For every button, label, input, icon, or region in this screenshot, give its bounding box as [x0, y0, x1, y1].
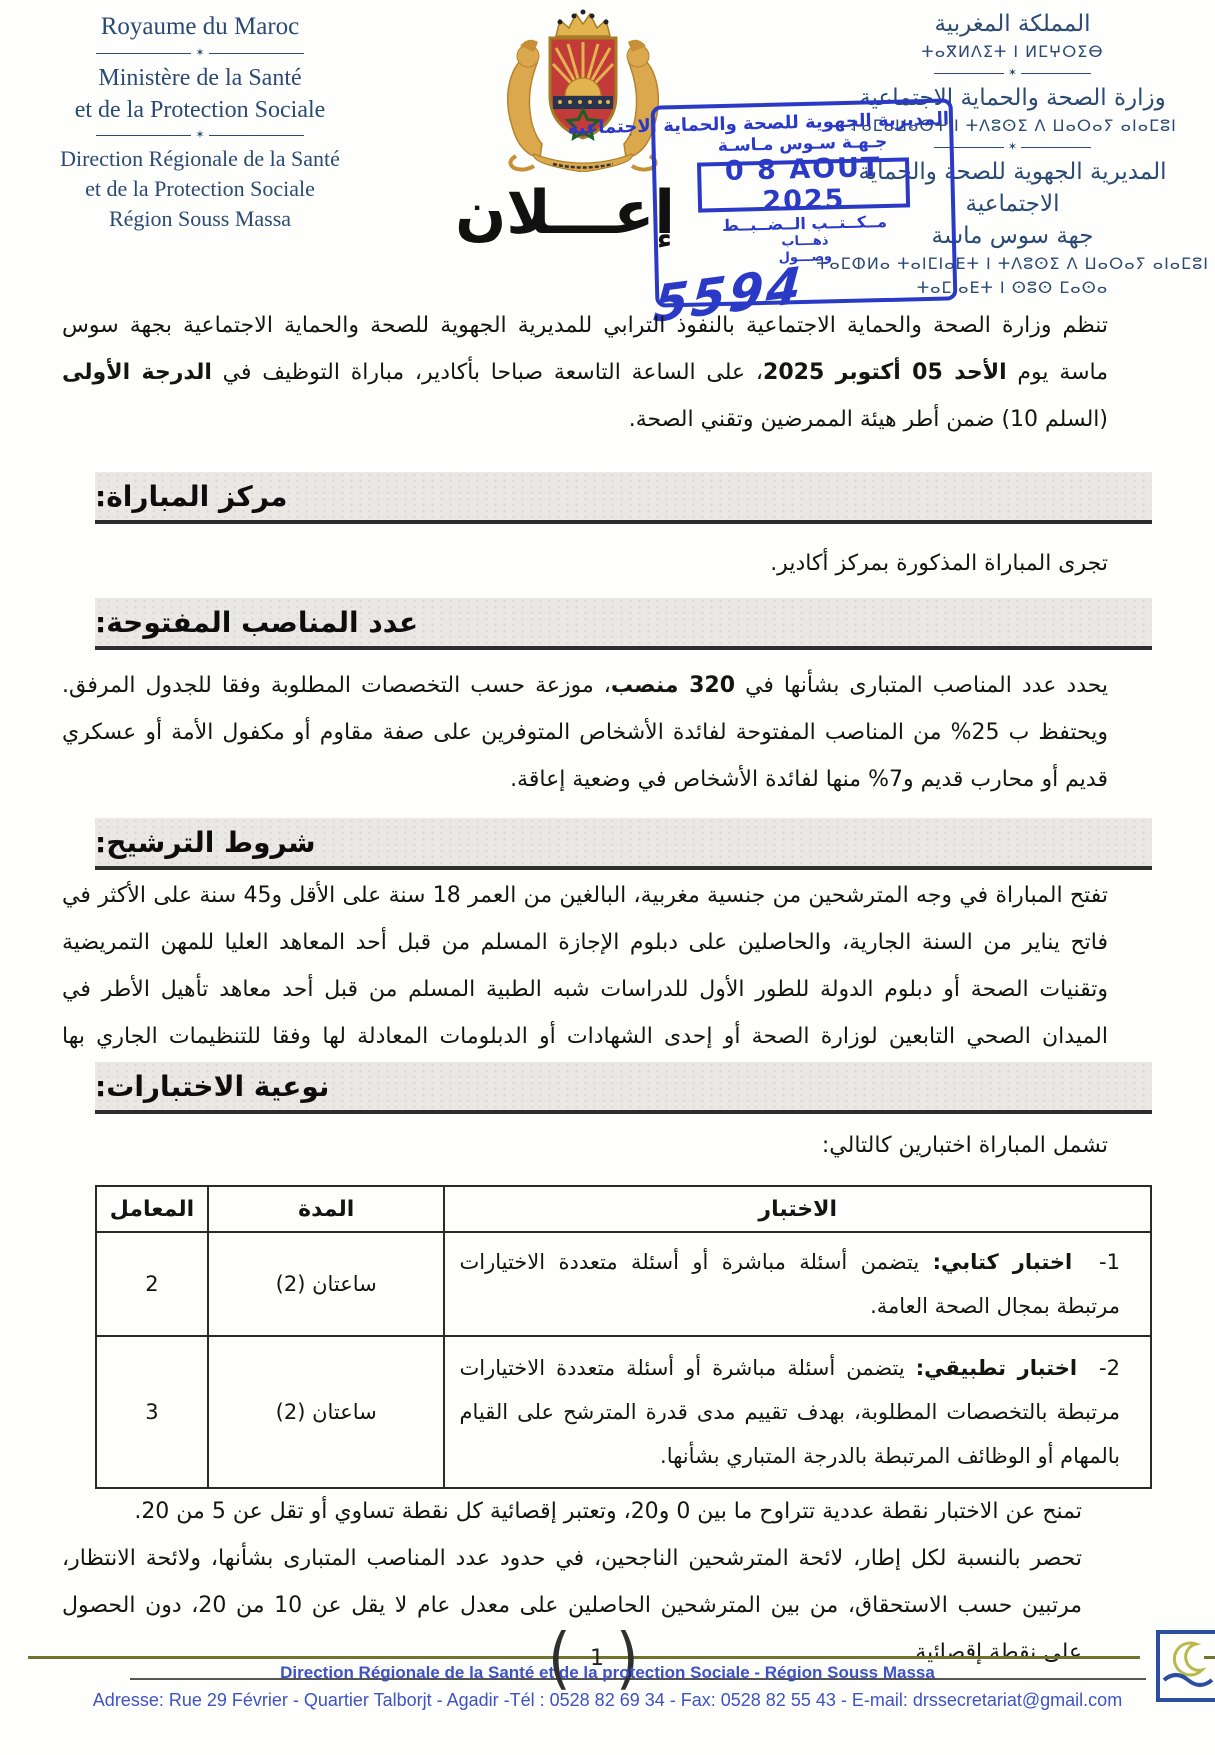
separator-line — [209, 53, 304, 54]
star-separator-icon: ✶ — [195, 130, 204, 140]
positions-count-bold: 320 منصب — [611, 673, 735, 698]
intro-grade-bold: الدرجة الأولى — [62, 360, 212, 385]
section-heading-tests-label: نوعية الاختبارات: — [95, 1070, 329, 1103]
stamp-date: 0 8 AOUT 2025 — [701, 152, 906, 219]
section-heading-center-label: مركز المباراة: — [95, 480, 287, 513]
kingdom-title-tifinagh: ⵜⴰⴳⵍⴷⵉⵜ ⵏ ⵍⵎⵖⵔⵉⴱ — [815, 40, 1210, 64]
row2-num: 2- — [1099, 1356, 1120, 1380]
row2-coefficient: 3 — [96, 1336, 208, 1488]
row1-num: 1- — [1099, 1250, 1120, 1274]
header-test: الاختبار — [444, 1186, 1151, 1232]
row2-test-cell: 2- اختبار تطبيقي: يتضمن أسئلة مباشرة أو … — [444, 1336, 1151, 1488]
section-heading-conditions: شروط الترشيح: — [95, 818, 1152, 870]
stamp-date-box: 0 8 AOUT 2025 — [697, 157, 910, 212]
table-row: 1- اختبار كتابي: يتضمن أسئلة مباشرة أو أ… — [96, 1232, 1151, 1336]
positions-paragraph: يحدد عدد المناصب المتبارى بشأنها في 320 … — [62, 662, 1108, 803]
separator-line — [209, 135, 304, 136]
intro-date-bold: الأحد 05 أكتوبر 2025 — [763, 360, 1007, 385]
scoring-paragraph: تمنح عن الاختبار نقطة عددية تتراوح ما بي… — [62, 1488, 1082, 1535]
intro-seg5: (السلم 10) ضمن أطر هيئة الممرضين وتقني ا… — [629, 407, 1108, 432]
table-row: 2- اختبار تطبيقي: يتضمن أسئلة مباشرة أو … — [96, 1336, 1151, 1488]
table-header-row: الاختبار المدة المعامل — [96, 1186, 1151, 1232]
section-heading-positions: عدد المناصب المفتوحة: — [95, 598, 1152, 650]
section-heading-conditions-label: شروط الترشيح: — [95, 826, 316, 859]
direction-fr-line1: Direction Régionale de la Santé — [30, 144, 370, 174]
separator: ✶ — [815, 68, 1210, 78]
separator-line — [1021, 147, 1091, 148]
section-heading-tests: نوعية الاختبارات: — [95, 1062, 1152, 1114]
center-paragraph: تجرى المباراة المذكورة بمركز أكادير. — [62, 540, 1108, 587]
row1-test-type: اختبار كتابي: — [933, 1250, 1073, 1274]
row1-coefficient: 2 — [96, 1232, 208, 1336]
row1-test-cell: 1- اختبار كتابي: يتضمن أسئلة مباشرة أو أ… — [444, 1232, 1151, 1336]
separator: ✶ — [30, 48, 370, 58]
star-separator-icon: ✶ — [195, 48, 204, 58]
direction-fr-line2: et de la Protection Sociale — [30, 174, 370, 204]
kingdom-title-fr: Royaume du Maroc — [30, 10, 370, 44]
separator-line — [1021, 73, 1091, 74]
footer-organization: Direction Régionale de la Santé et de la… — [0, 1663, 1215, 1683]
intro-seg3: ، على الساعة التاسعة صباحا بأكادير، مبار… — [212, 360, 763, 385]
separator-line — [96, 53, 191, 54]
star-separator-icon: ✶ — [1008, 68, 1017, 78]
header-coefficient: المعامل — [96, 1186, 208, 1232]
page-bracket-right: ) — [616, 1619, 639, 1697]
registry-stamp: المديرية الجهوية للصحة والحماية الاجتماع… — [651, 98, 958, 307]
footer-address: Adresse: Rue 29 Février - Quartier Talbo… — [0, 1690, 1215, 1711]
star-separator-icon: ✶ — [1008, 142, 1017, 152]
document-page: Royaume du Maroc ✶ Ministère de la Santé… — [0, 0, 1215, 1755]
positions-seg1: يحدد عدد المناصب المتبارى بشأنها في — [735, 673, 1108, 698]
intro-paragraph: تنظم وزارة الصحة والحماية الاجتماعية بال… — [62, 302, 1108, 443]
health-directorate-logo — [1156, 1630, 1215, 1706]
region-fr: Région Souss Massa — [30, 204, 370, 234]
tests-table: الاختبار المدة المعامل 1- اختبار كتابي: … — [95, 1185, 1152, 1489]
tests-intro-paragraph: تشمل المباراة اختبارين كالتالي: — [62, 1122, 1108, 1169]
row2-test-type: اختبار تطبيقي: — [916, 1356, 1077, 1380]
ministry-fr-line2: et de la Protection Sociale — [30, 94, 370, 126]
document-title: إعـــلان — [455, 178, 675, 248]
section-heading-positions-label: عدد المناصب المفتوحة: — [95, 606, 418, 639]
row2-duration: ساعتان (2) — [208, 1336, 445, 1488]
separator-line — [934, 73, 1004, 74]
ministry-fr-line1: Ministère de la Santé — [30, 62, 370, 94]
row1-duration: ساعتان (2) — [208, 1232, 445, 1336]
kingdom-title-ar: المملكة المغربية — [815, 8, 1210, 40]
header-french: Royaume du Maroc ✶ Ministère de la Santé… — [30, 10, 370, 234]
separator-line — [96, 135, 191, 136]
header-duration: المدة — [208, 1186, 445, 1232]
section-heading-center: مركز المباراة: — [95, 472, 1152, 524]
ranking-paragraph: تحصر بالنسبة لكل إطار، لائحة المترشحين ا… — [62, 1535, 1082, 1676]
page-bracket-left: ( — [548, 1619, 571, 1697]
separator: ✶ — [30, 130, 370, 140]
